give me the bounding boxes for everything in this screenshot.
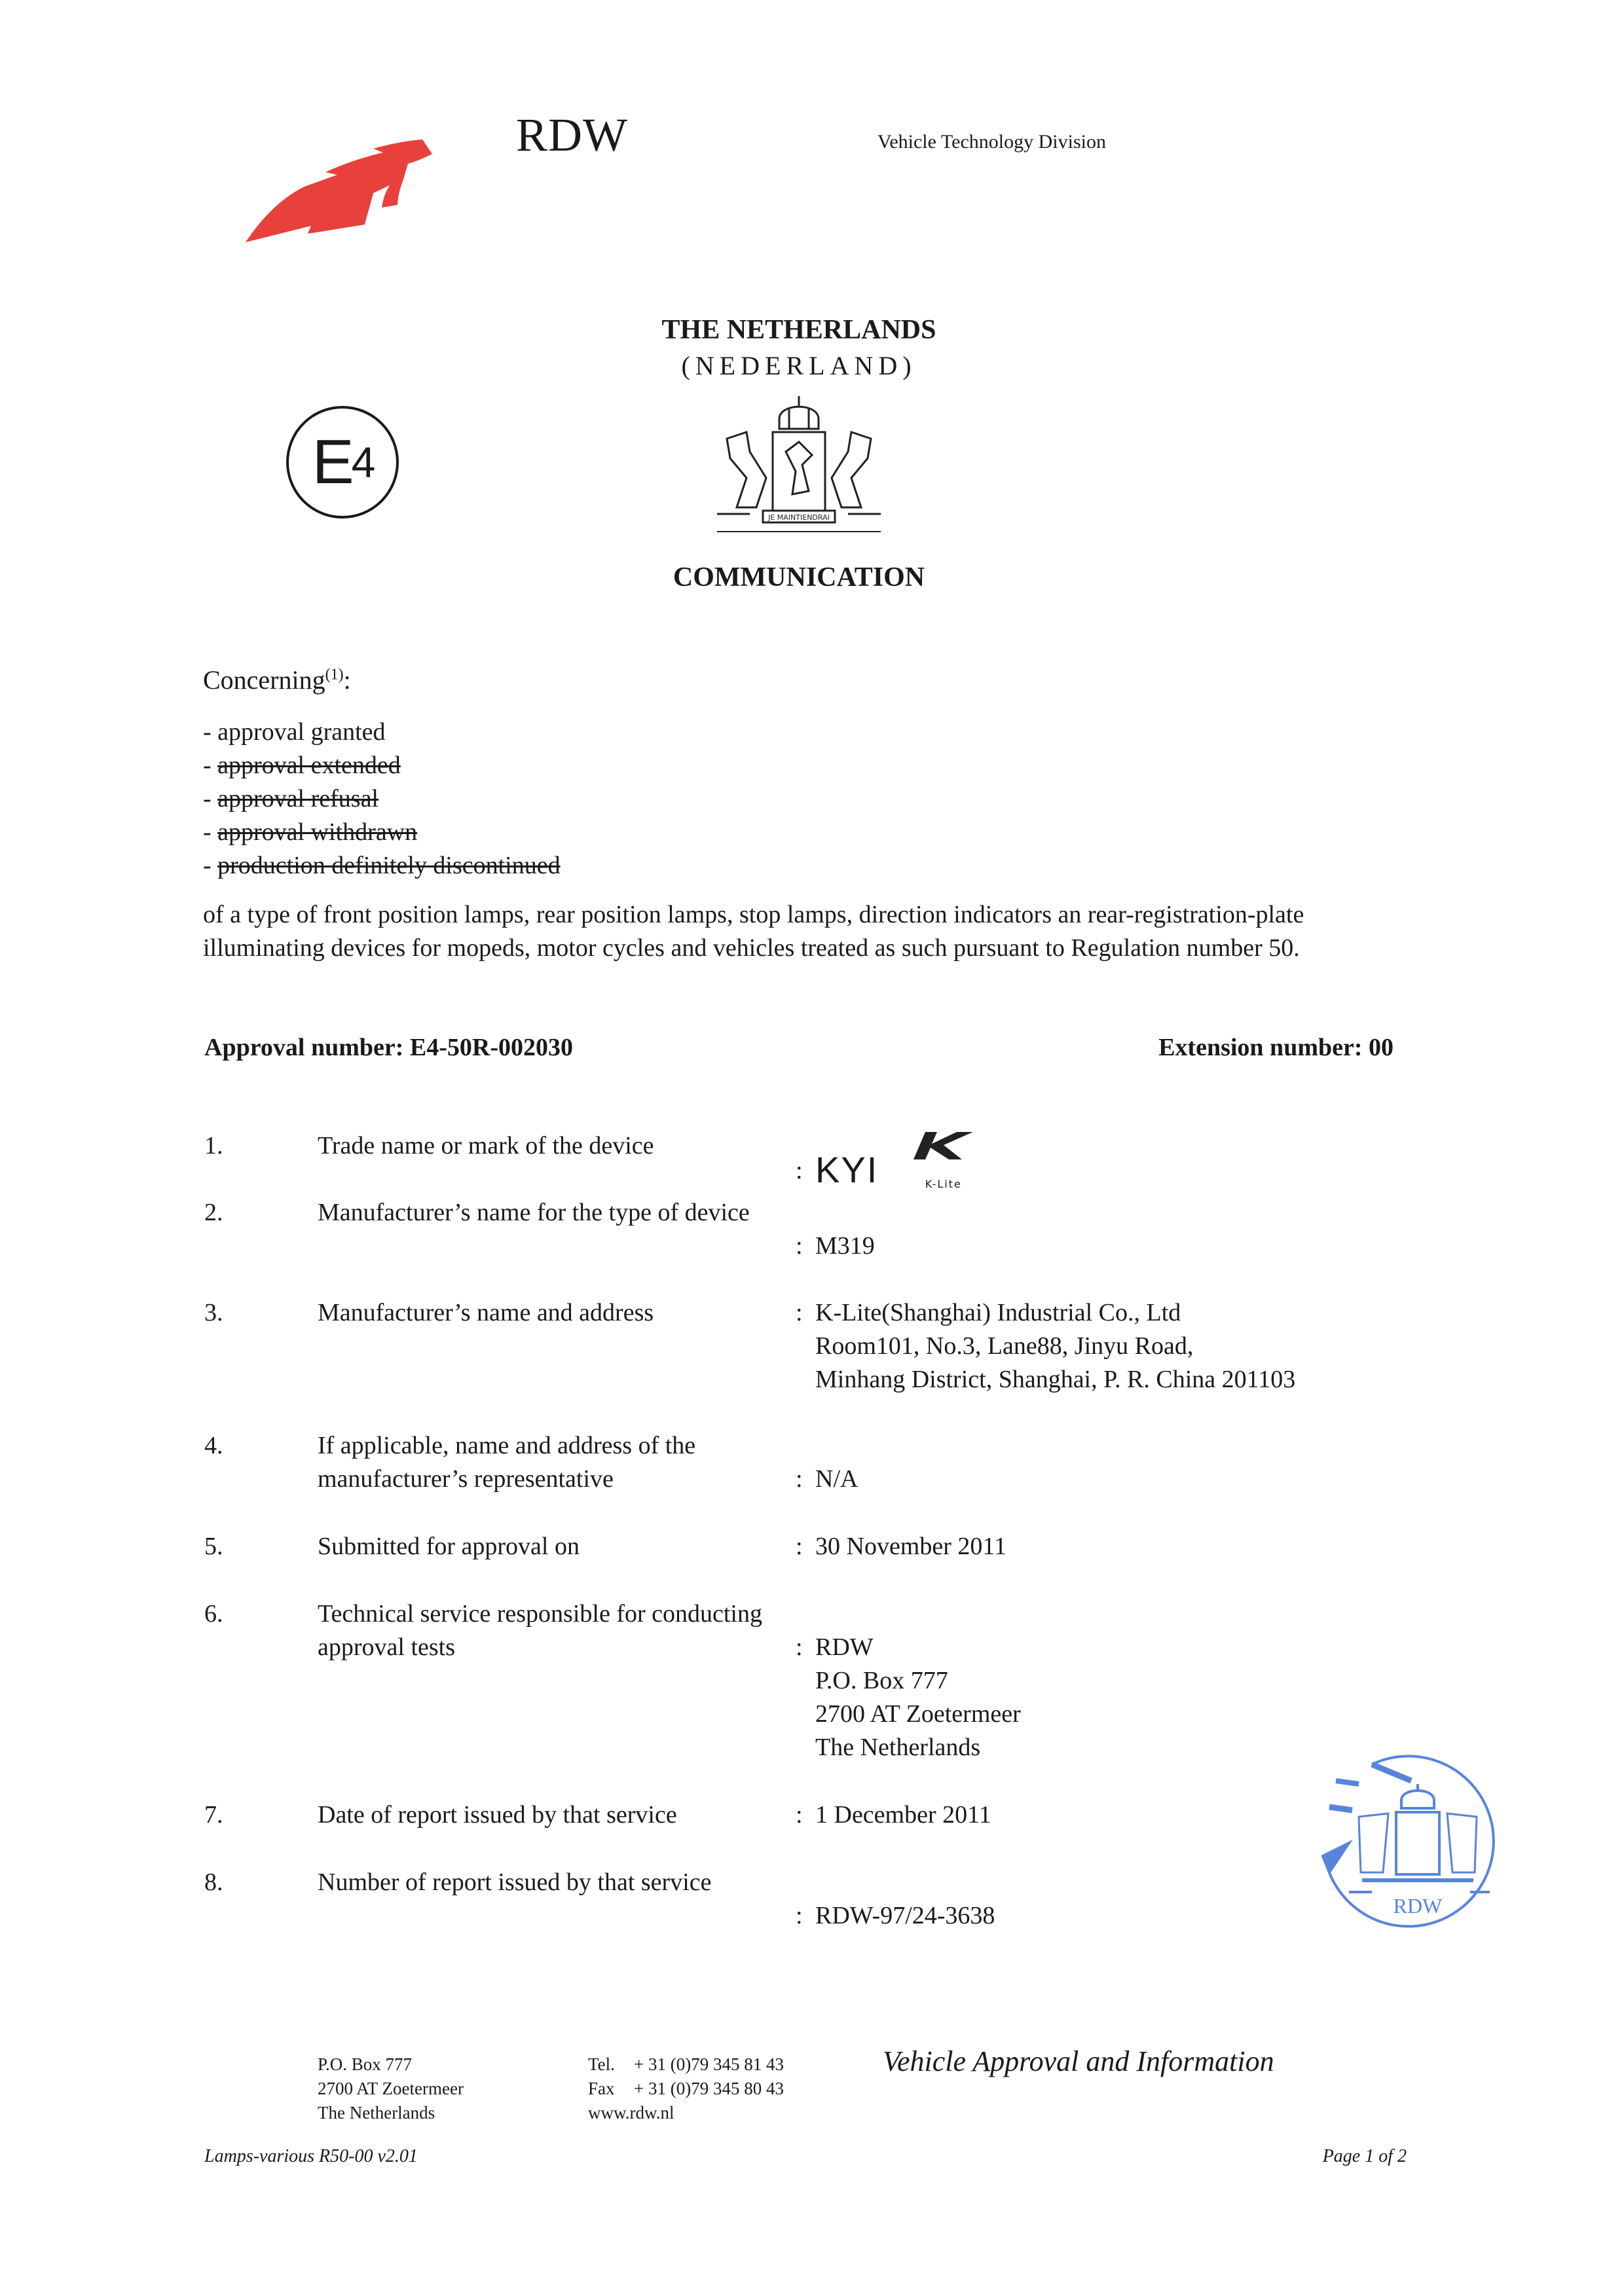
option-approval-refusal: - approval refusal: [203, 782, 561, 816]
k-lite-logo-icon: [911, 1129, 976, 1161]
document-reference: Lamps-various R50-00 v2.01: [204, 2146, 418, 2167]
footer-tel: Tel.+ 31 (0)79 345 81 43: [588, 2052, 784, 2077]
e4-approval-mark: E4: [286, 406, 399, 519]
option-approval-withdrawn: - approval withdrawn: [203, 816, 561, 849]
extension-number: Extension number: 00: [1158, 1033, 1393, 1062]
approval-number: Approval number: E4-50R-002030: [204, 1033, 573, 1062]
division-name: Vehicle Technology Division: [877, 131, 1106, 153]
approval-mark-letter: E: [312, 426, 352, 498]
footnote-marker: (1): [325, 666, 344, 683]
type-name-value: M319: [815, 1232, 875, 1260]
report-number-value: RDW-97/24-3638: [815, 1902, 995, 1929]
rdw-stamp-icon: RDW: [1310, 1735, 1506, 1931]
footer-contact: Tel.+ 31 (0)79 345 81 43 Fax+ 31 (0)79 3…: [588, 2052, 784, 2125]
trade-name-value: KYI: [815, 1149, 878, 1190]
manufacturer-address-value: K-Lite(Shanghai) Industrial Co., LtdRoom…: [815, 1296, 1295, 1396]
stamp-text: RDW: [1393, 1894, 1443, 1918]
k-lite-logo: K-Lite: [911, 1129, 976, 1201]
country-heading: THE NETHERLANDS: [0, 314, 1598, 346]
report-date-value: 1 December 2011: [815, 1801, 991, 1829]
footer-fax: Fax+ 31 (0)79 345 80 43: [588, 2077, 784, 2101]
footer-website-link[interactable]: www.rdw.nl: [588, 2101, 784, 2125]
submitted-date-value: 30 November 2011: [815, 1533, 1006, 1560]
footer-address: P.O. Box 777 2700 AT Zoetermeer The Neth…: [318, 2052, 464, 2125]
document-type-heading: COMMUNICATION: [0, 562, 1598, 593]
rdw-leaf-logo-icon: [239, 134, 435, 246]
page-indicator: Page 1 of 2: [1323, 2146, 1407, 2167]
option-approval-extended: - approval extended: [203, 749, 561, 782]
coat-of-arms-icon: JE MAINTIENDRAI: [710, 393, 887, 540]
option-production-discontinued: - production definitely discontinued: [203, 849, 561, 883]
representative-value: N/A: [815, 1465, 858, 1493]
concerning-label: Concerning(1):: [203, 665, 351, 695]
device-description: of a type of front position lamps, rear …: [203, 898, 1401, 965]
option-approval-granted: - approval granted: [203, 716, 561, 749]
concerning-options: - approval granted - approval extended -…: [203, 716, 561, 883]
technical-service-value: RDWP.O. Box 7772700 AT ZoetermeerThe Net…: [815, 1631, 1021, 1764]
country-native-heading: (NEDERLAND): [0, 350, 1598, 381]
coat-of-arms-motto: JE MAINTIENDRAI: [767, 513, 830, 522]
org-name: RDW: [516, 108, 628, 162]
footer-tagline: Vehicle Approval and Information: [883, 2045, 1274, 2078]
approval-mark-number: 4: [352, 437, 373, 487]
